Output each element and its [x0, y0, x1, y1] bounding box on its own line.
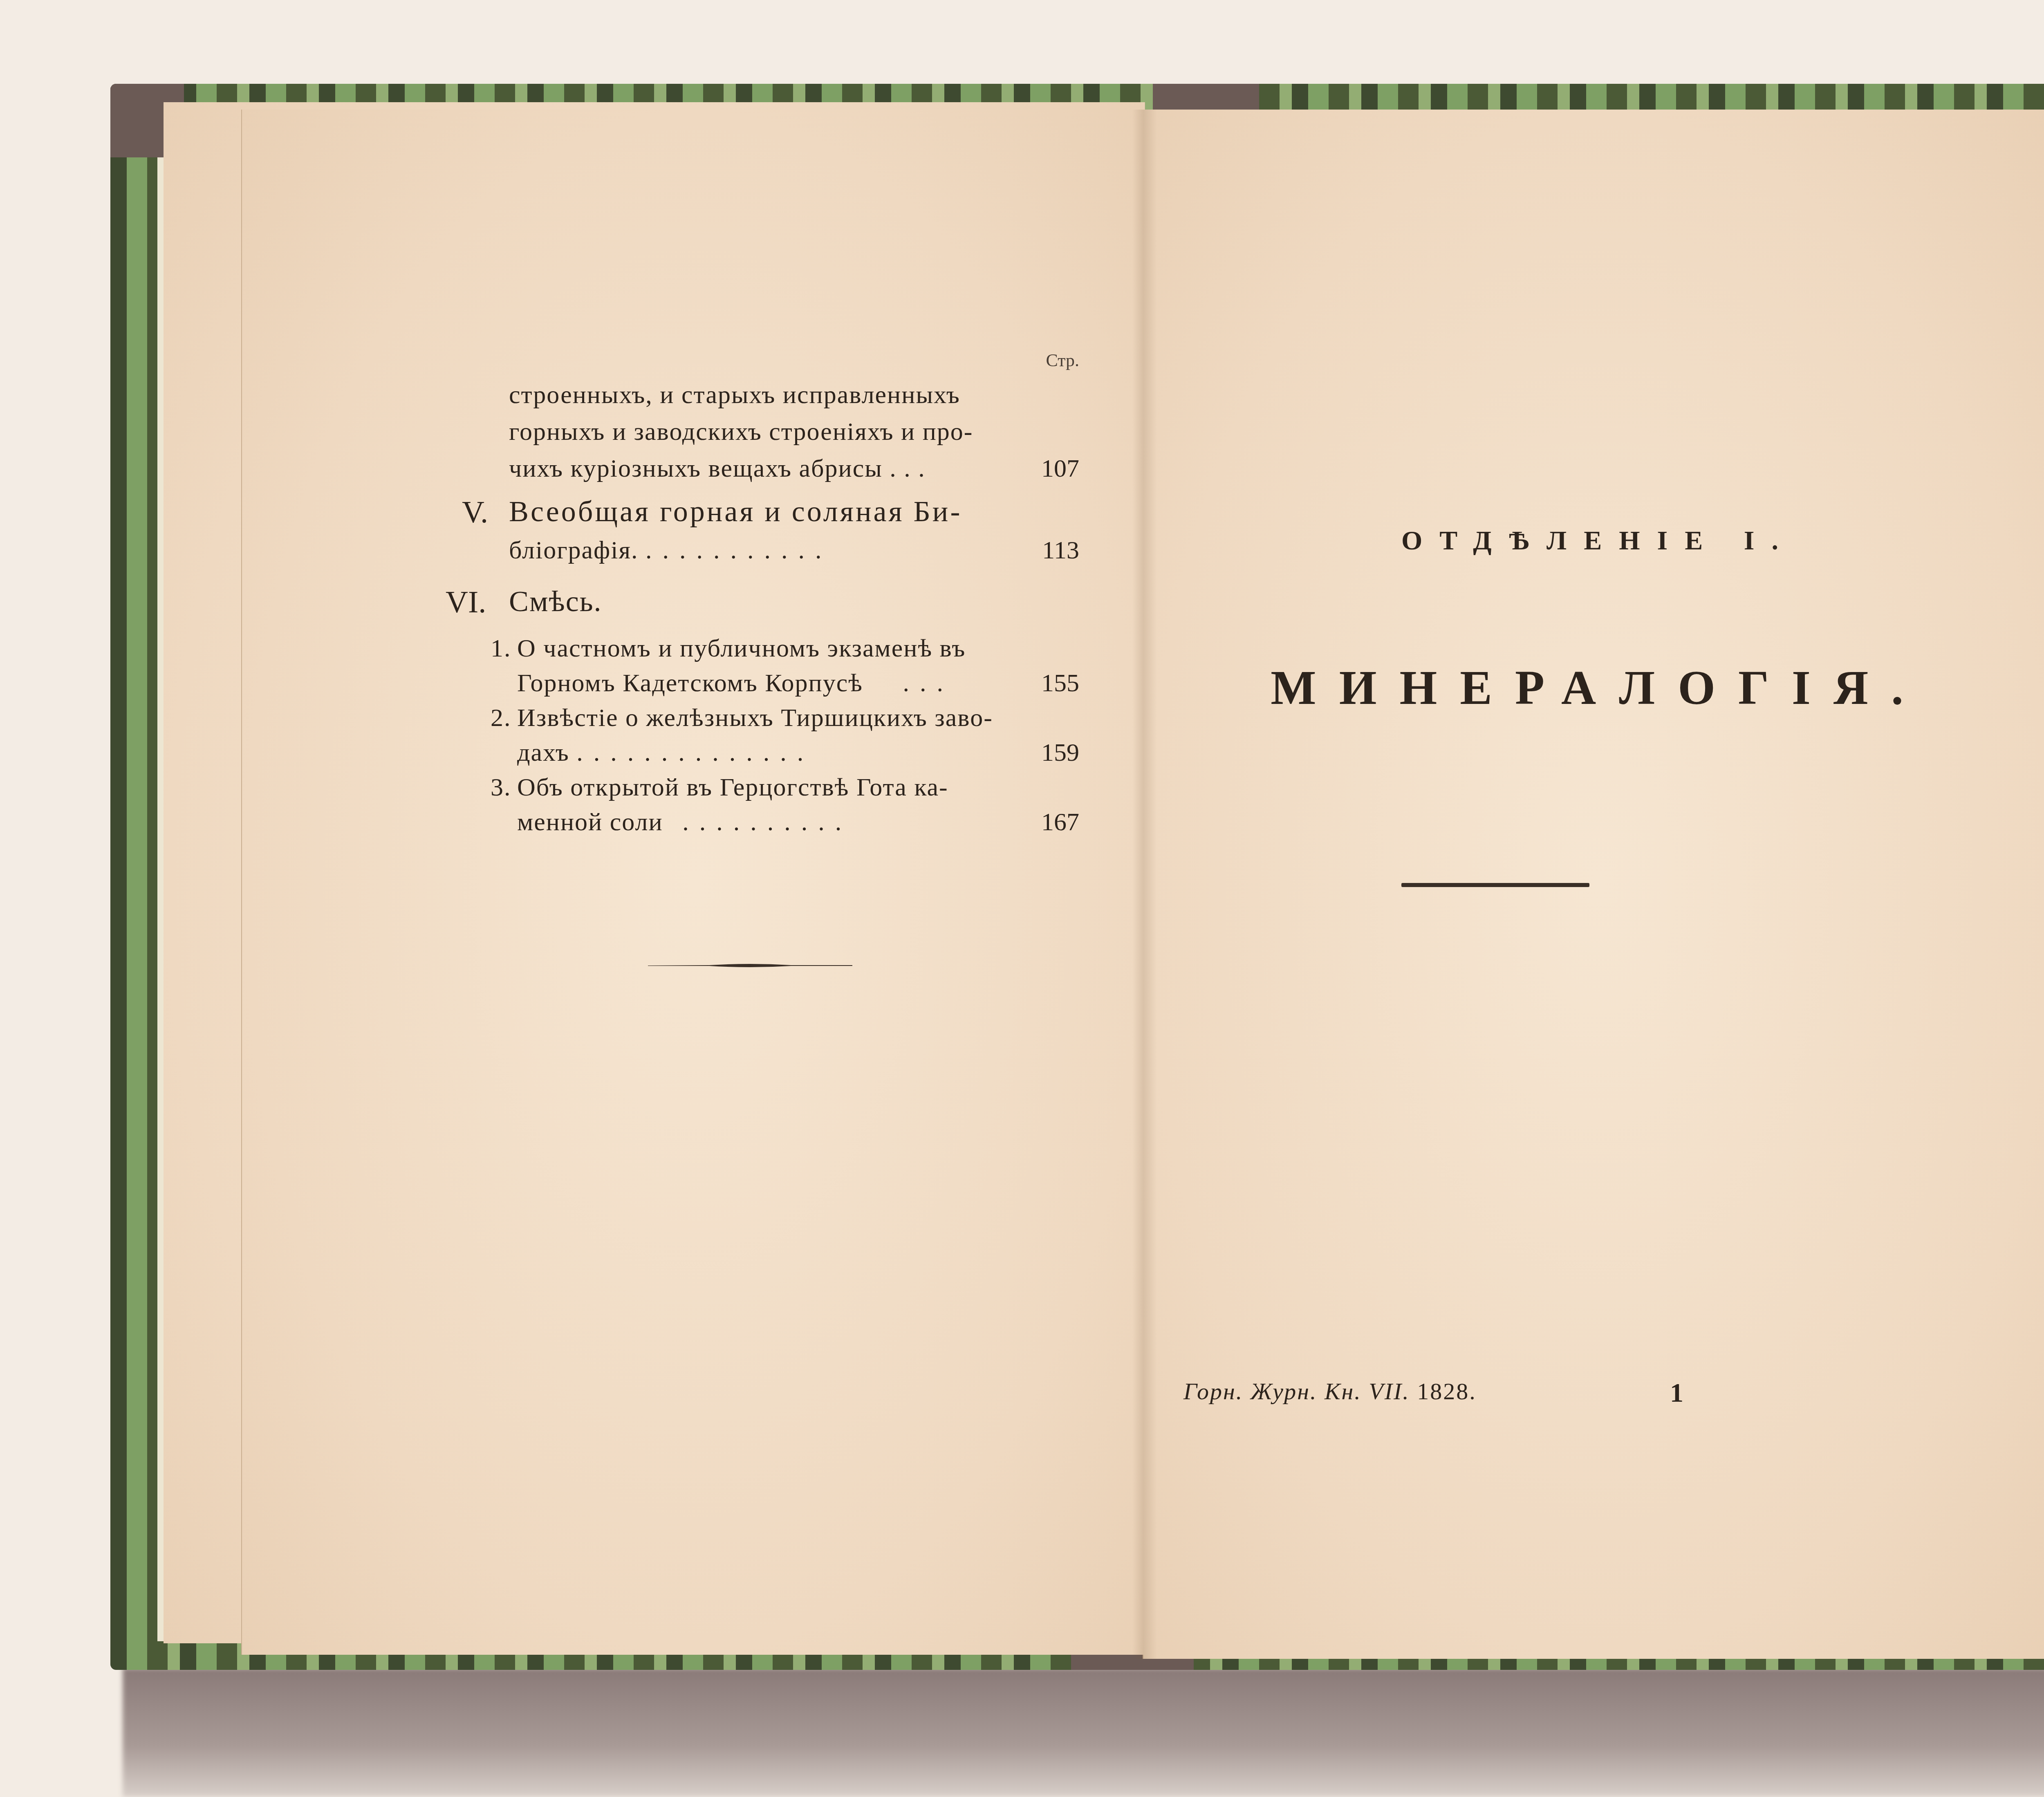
toc-roman: VI.: [446, 587, 486, 618]
toc-line: блiографiя. ...........: [509, 538, 832, 563]
toc-item-number: 3.: [491, 775, 511, 800]
table-shadow: [123, 1668, 2044, 1797]
toc-line-text: дахъ: [517, 739, 569, 766]
toc-page-number: 159: [1041, 740, 1079, 765]
toc-line: Смѣсь.: [509, 587, 602, 616]
section-heading: ОТДѢЛЕНIЕ I.: [1145, 525, 2044, 556]
toc-item-number: 1.: [491, 636, 511, 661]
toc-line: горныхъ и заводскихъ строенiяхъ и про-: [509, 419, 973, 444]
toc-page-number: 167: [1041, 809, 1079, 835]
toc-line: чихъ курiозныхъ вещахъ абрисы . . .: [509, 456, 926, 481]
horizontal-rule: [1401, 883, 1589, 887]
toc-line: Извѣстiе о желѣзныхъ Тиршицкихъ заво-: [517, 705, 993, 730]
section-title: МИНЕРАЛОГIЯ.: [1145, 660, 2044, 716]
leader-dots: ...........: [645, 536, 832, 564]
leader-dots: ..............: [576, 739, 814, 766]
toc-line-text: менной соли: [517, 808, 663, 836]
toc-item-number: 2.: [491, 705, 511, 730]
signature-text: Горн. Журн. Кн. VII.: [1183, 1378, 1410, 1405]
leader-dots: ..........: [682, 808, 852, 836]
toc-line-text: Горномъ Кадетскомъ Корпусѣ: [517, 669, 863, 697]
signature-year: 1828.: [1417, 1378, 1477, 1405]
right-page: [1143, 110, 2044, 1659]
toc-line: О частномъ и публичномъ экзаменѣ въ: [517, 636, 966, 661]
toc-page-number: 155: [1041, 670, 1079, 696]
toc-page-number: 113: [1042, 538, 1079, 563]
toc-roman: V.: [462, 497, 488, 528]
tapered-rule-ornament: [648, 963, 852, 968]
gutter-shadow: [1132, 110, 1157, 1659]
toc-line: Всеобщая горная и соляная Би-: [509, 497, 962, 526]
toc-page-number: 107: [1041, 456, 1079, 481]
signature-mark: 1: [1670, 1378, 1683, 1409]
toc-line: строенныхъ, и старыхъ исправленныхъ: [509, 382, 960, 408]
toc-line: Объ открытой въ Герцогствѣ Гота ка-: [517, 775, 948, 800]
signature-line: Горн. Журн. Кн. VII. 1828.: [1183, 1378, 1477, 1405]
leader-dots: ...: [903, 669, 954, 697]
spine-cloth-top: [1153, 84, 1259, 112]
page-column-label: Стр.: [1046, 352, 1079, 370]
toc-line: дахъ ..............: [517, 740, 814, 765]
toc-line-text: блiографiя.: [509, 536, 639, 564]
left-page: [241, 110, 1150, 1655]
toc-line: Горномъ Кадетскомъ Корпусѣ ...: [517, 670, 954, 696]
toc-line: менной соли ..........: [517, 809, 852, 835]
